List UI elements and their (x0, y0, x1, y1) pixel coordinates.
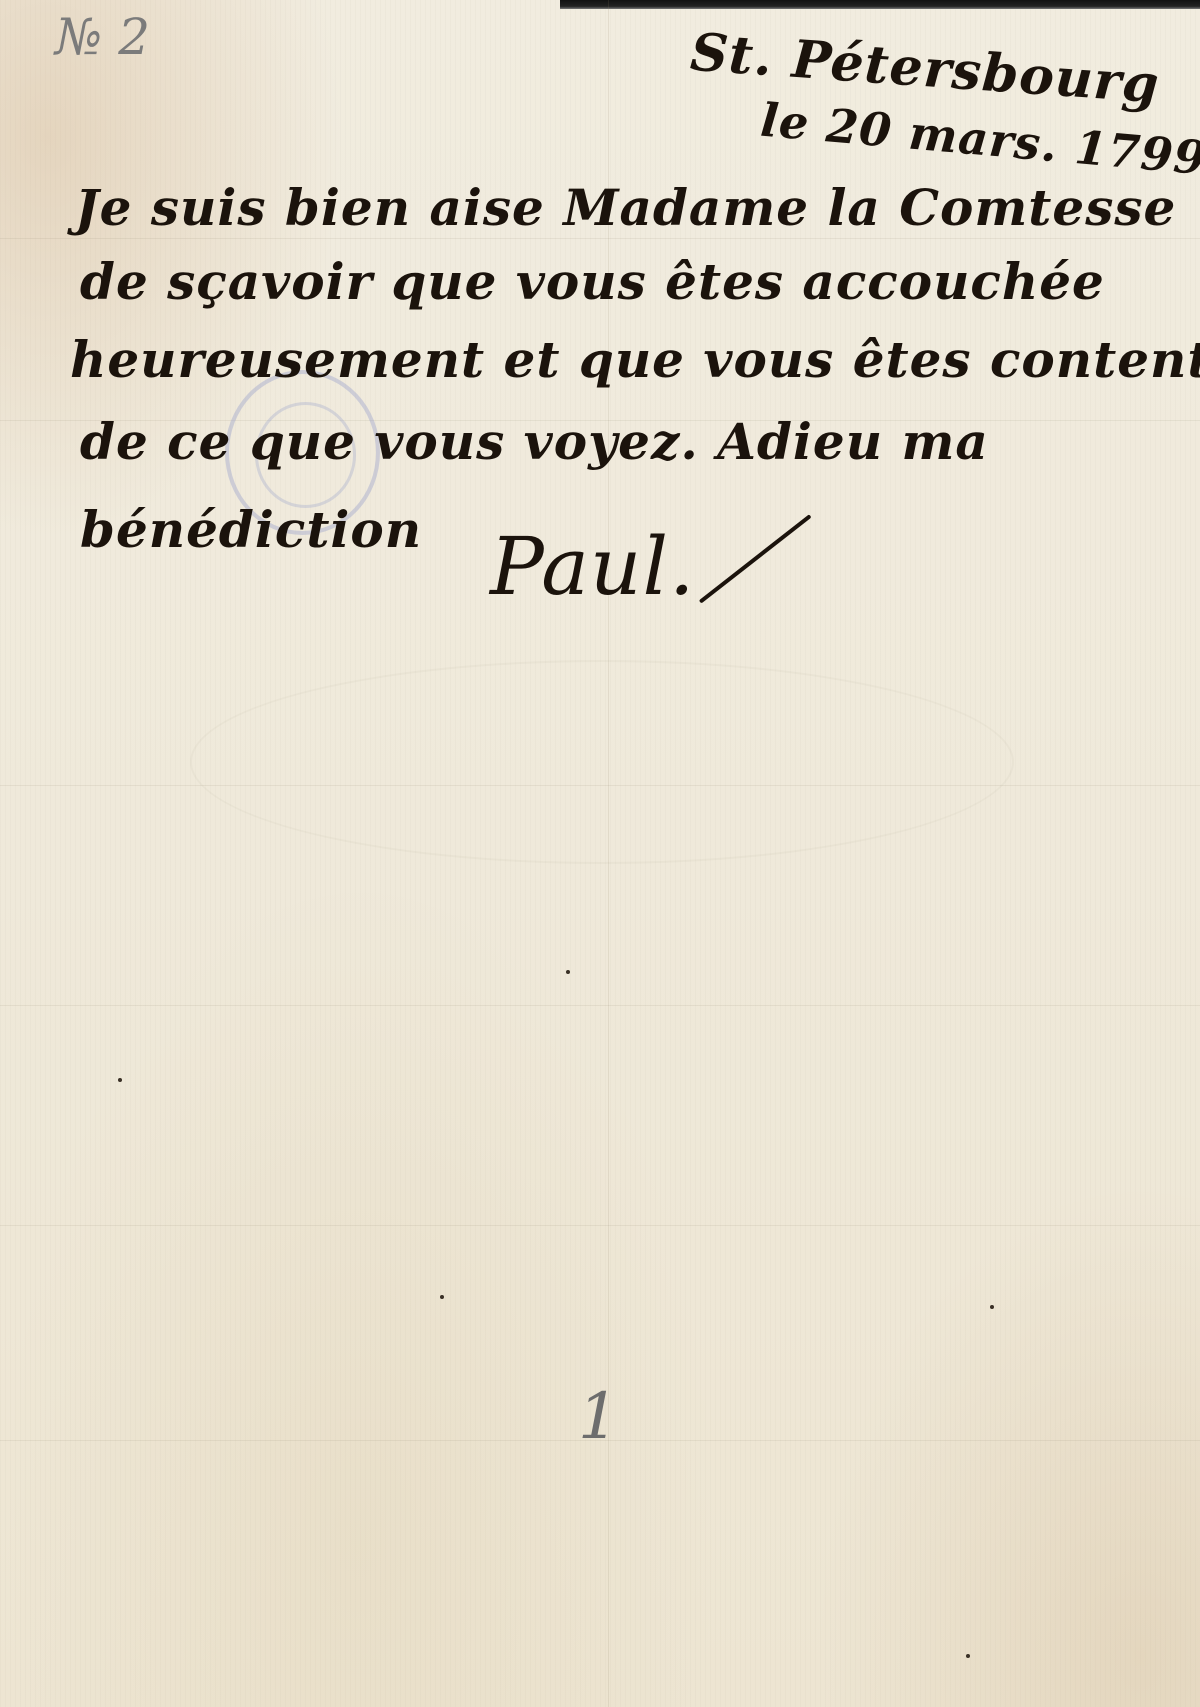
letter-body-line: Je suis bien aise Madame la Comtesse (75, 178, 1176, 237)
folio-mark: 1 (578, 1380, 619, 1454)
paper-speck (118, 1078, 122, 1082)
scan-edge (560, 0, 1200, 9)
letter-body-line: heureusement et que vous êtes contente (70, 330, 1200, 389)
paper-chain-line (0, 238, 1200, 239)
item-number: № 2 (55, 8, 150, 66)
manuscript-page: № 2 St. Pétersbourg le 20 mars. 1799 Je … (0, 0, 1200, 1707)
letter-body-line: de sçavoir que vous êtes accouchée (80, 252, 1105, 311)
letter-body-line: bénédiction (80, 500, 422, 559)
signature-paraph (699, 514, 812, 603)
paper-speck (440, 1295, 444, 1299)
paper-watermark (190, 660, 1014, 864)
paper-speck (566, 970, 570, 974)
signature: Paul. (490, 520, 695, 613)
paper-speck (966, 1654, 970, 1658)
paper-chain-line (0, 1225, 1200, 1226)
letter-place: St. Pétersbourg (688, 22, 1161, 116)
paper-speck (990, 1305, 994, 1309)
letter-body-line: de ce que vous voyez. Adieu ma (80, 412, 989, 471)
paper-chain-line (0, 1005, 1200, 1006)
